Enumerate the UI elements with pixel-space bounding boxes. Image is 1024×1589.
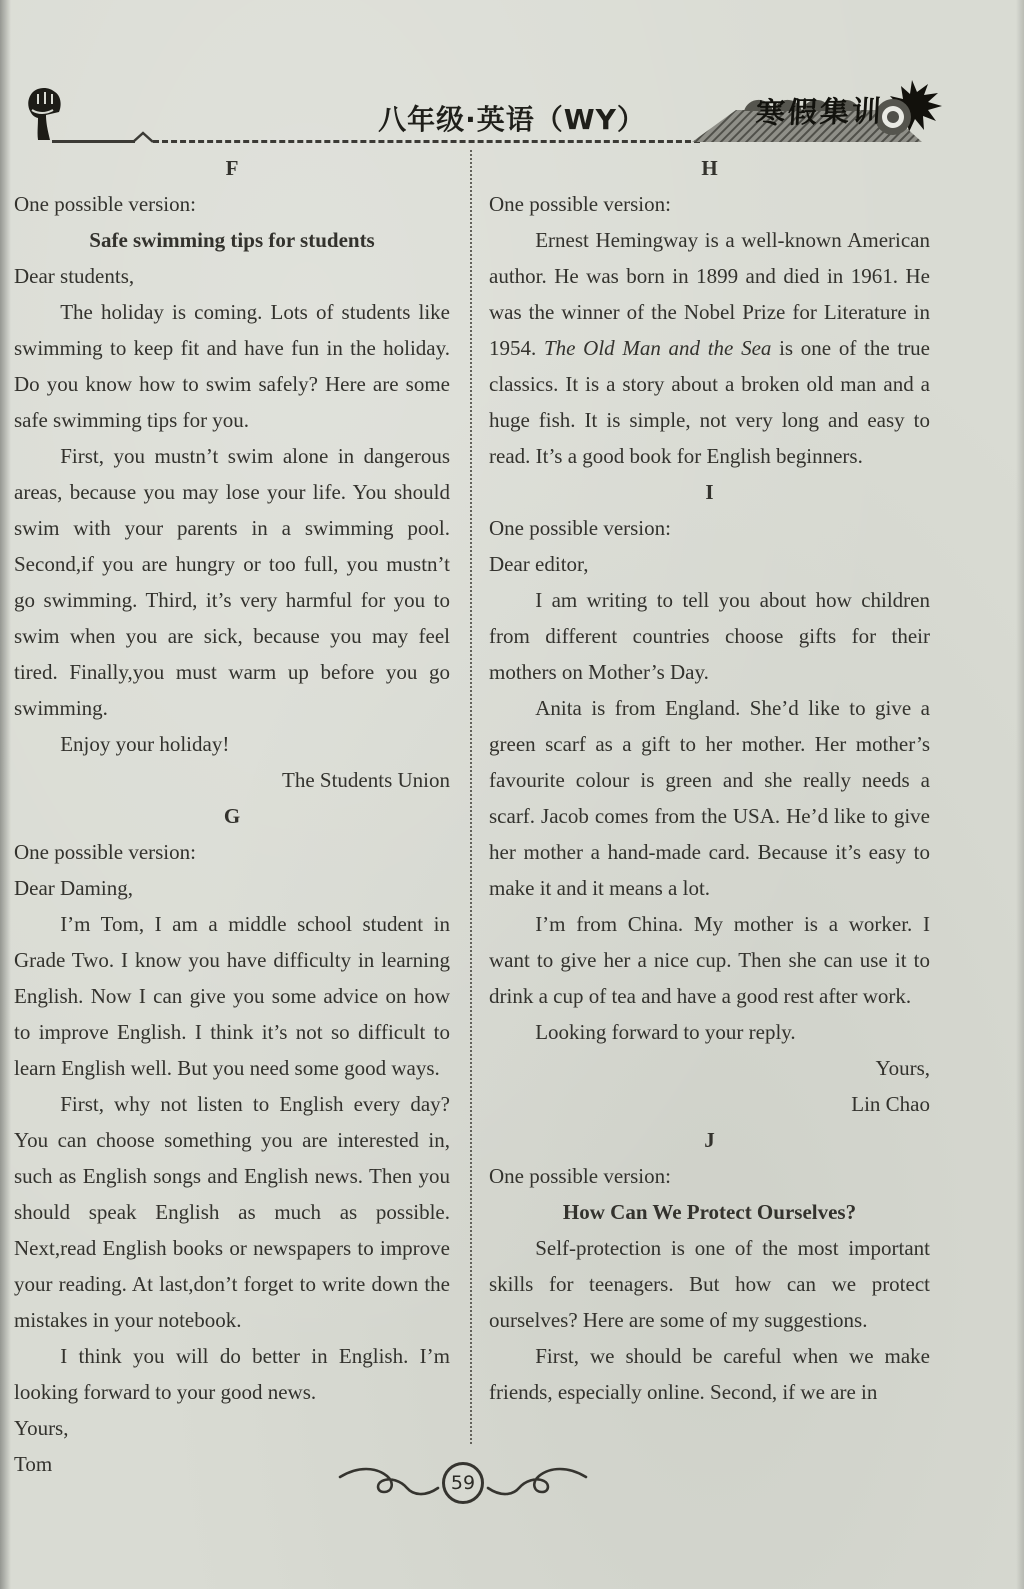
essay-paragraph: Enjoy your holiday! <box>14 726 450 762</box>
footer-flourish-icon <box>486 1463 588 1503</box>
brand-title: 寒假集训 <box>739 89 901 133</box>
left-column: F One possible version: Safe swimming ti… <box>14 150 450 1482</box>
signoff-line: Yours, <box>489 1050 930 1086</box>
salutation: Dear Daming, <box>14 870 450 906</box>
intro-line: One possible version: <box>14 834 450 870</box>
signoff-line: Lin Chao <box>489 1086 930 1122</box>
header-rule-solid <box>52 140 135 143</box>
salutation: Dear editor, <box>489 546 930 582</box>
column-divider <box>470 150 472 1444</box>
intro-line: One possible version: <box>489 186 930 222</box>
section-letter-g: G <box>14 798 450 834</box>
book-title: The Old Man and the Sea <box>544 336 771 360</box>
brand-badge: 寒假集训 <box>688 80 944 150</box>
essay-title-j: How Can We Protect Ourselves? <box>489 1194 930 1230</box>
page-number: 59 <box>442 1462 484 1504</box>
right-column: H One possible version: Ernest Hemingway… <box>489 150 930 1410</box>
essay-paragraph: First, why not listen to English every d… <box>14 1086 450 1338</box>
scan-edge-shadow-right <box>1016 0 1024 1589</box>
essay-paragraph: Ernest Hemingway is a well-known America… <box>489 222 930 474</box>
essay-paragraph: Anita is from England. She’d like to giv… <box>489 690 930 906</box>
intro-line: One possible version: <box>489 1158 930 1194</box>
essay-paragraph: First, we should be careful when we make… <box>489 1338 930 1410</box>
essay-paragraph: The holiday is coming. Lots of students … <box>14 294 450 438</box>
essay-paragraph: I’m Tom, I am a middle school student in… <box>14 906 450 1086</box>
signoff-line: Yours, <box>14 1410 450 1446</box>
header-rule-peak <box>133 130 153 148</box>
intro-line: One possible version: <box>14 186 450 222</box>
header-rule-dashed <box>153 140 700 143</box>
essay-title-f: Safe swimming tips for students <box>14 222 450 258</box>
content-columns: F One possible version: Safe swimming ti… <box>14 150 1010 1482</box>
essay-paragraph: I’m from China. My mother is a worker. I… <box>489 906 930 1014</box>
essay-paragraph: First, you mustn’t swim alone in dangero… <box>14 438 450 726</box>
section-letter-h: H <box>489 150 930 186</box>
section-letter-i: I <box>489 474 930 510</box>
signoff: The Students Union <box>14 762 450 798</box>
footer-ornament: 59 <box>338 1458 592 1508</box>
salutation: Dear students, <box>14 258 450 294</box>
intro-line: One possible version: <box>489 510 930 546</box>
essay-paragraph: Looking forward to your reply. <box>489 1014 930 1050</box>
scan-edge-shadow-left <box>0 0 11 1589</box>
book-page: 八年级·英语（WY） 寒 <box>0 0 1024 1589</box>
essay-paragraph: Self-protection is one of the most impor… <box>489 1230 930 1338</box>
essay-paragraph: I think you will do better in English. I… <box>14 1338 450 1410</box>
essay-paragraph: I am writing to tell you about how child… <box>489 582 930 690</box>
section-letter-f: F <box>14 150 450 186</box>
section-letter-j: J <box>489 1122 930 1158</box>
footer-flourish-icon <box>338 1463 440 1503</box>
